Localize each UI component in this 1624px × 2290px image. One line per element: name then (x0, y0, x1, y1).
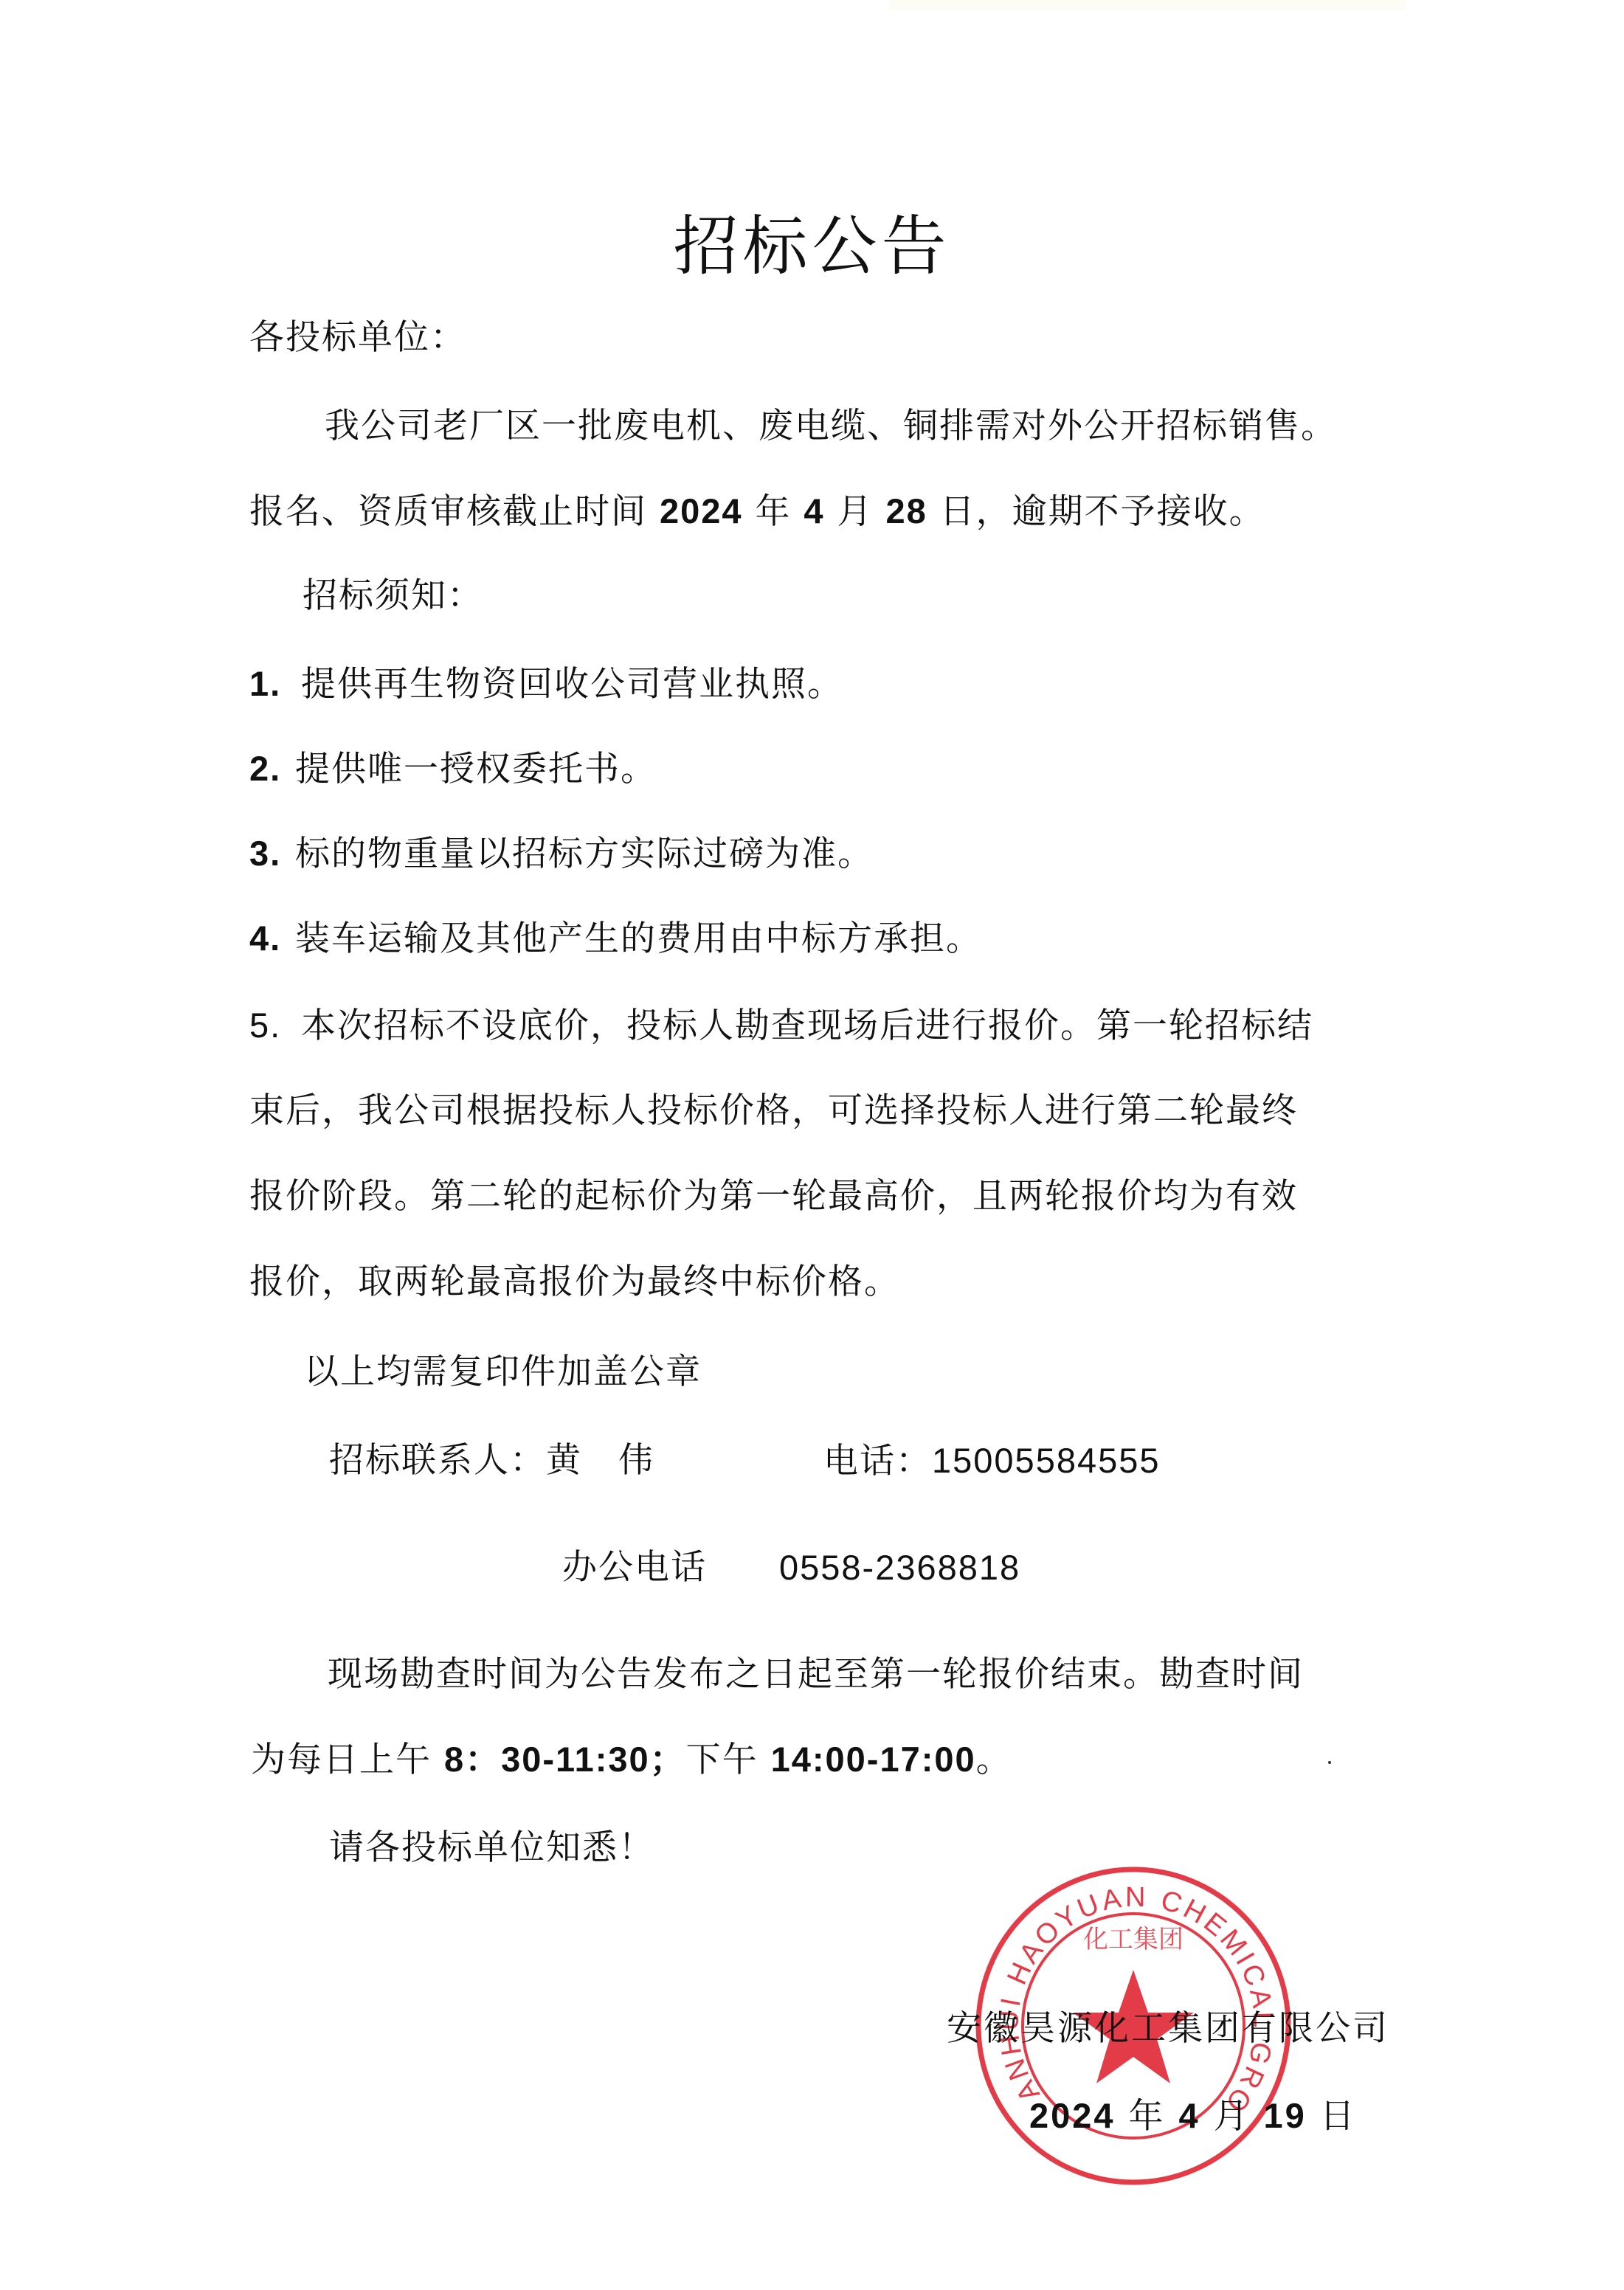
item-text: 提供唯一授权委托书。 (295, 749, 657, 789)
signature-date: 2024 年 4 月 19 日 (1029, 2094, 1357, 2139)
sign-day: 19 (1263, 2096, 1306, 2135)
signature-company: 安徽昊源化工集团有限公司 (947, 2007, 1389, 2051)
intro-line-2: 报名、资质审核截止时间 2024 年 4 月 28 日，逾期不予接收。 (249, 489, 1265, 534)
contact-phone: 电话：15005584555 (823, 1439, 1161, 1484)
salutation: 各投标单位： (249, 316, 466, 360)
notice-item-4: 4.装车运输及其他产生的费用由中标方承担。 (249, 916, 982, 961)
item-text: 本次招标不设底价，投标人勘查现场后进行报价。第一轮招标结 (301, 1006, 1313, 1046)
svg-text:化工集团: 化工集团 (1083, 1925, 1184, 1954)
notice-item-3: 3.标的物重量以招标方实际过磅为准。 (249, 831, 874, 876)
deadline-day: 28 (885, 491, 927, 530)
contact-person: 招标联系人：黄 伟 (329, 1439, 654, 1483)
afternoon-label: 下午 (686, 1740, 771, 1780)
item-number: 5. (249, 1003, 301, 1048)
closing-line: 请各投标单位知悉！ (329, 1826, 654, 1870)
phone-label: 电话： (823, 1441, 932, 1481)
notice-item-2: 2.提供唯一授权委托书。 (249, 747, 657, 792)
item-number: 4. (249, 916, 295, 961)
svg-text:ANHUI HAOYUAN CHEMICAL GROUP C: ANHUI HAOYUAN CHEMICAL GROUP CO.,LTD. (967, 1859, 1279, 2120)
site-visit-line-2: 为每日上午 8：30-11:30；下午 14:00-17:00。 (251, 1737, 1012, 1782)
notice-heading: 招标须知： (303, 574, 483, 618)
year-label: 年 (743, 491, 804, 532)
month-label: 月 (825, 491, 886, 532)
sign-year-label: 年 (1116, 2096, 1179, 2137)
notice-item-5-line-3: 报价阶段。第二轮的起标价为第一轮最高价，且两轮报价均为有效 (249, 1175, 1298, 1219)
sign-month: 4 (1178, 2096, 1200, 2135)
afternoon-hours: 14:00-17:00 (771, 1740, 976, 1779)
item-text: 提供再生物资回收公司营业执照。 (301, 664, 843, 705)
notice-item-1: 1.提供再生物资回收公司营业执照。 (249, 662, 843, 707)
notice-item-5-line-1: 5.本次招标不设底价，投标人勘查现场后进行报价。第一轮招标结 (249, 1003, 1313, 1048)
scan-speck (1328, 1761, 1331, 1764)
intro-deadline-prefix: 报名、资质审核截止时间 (249, 491, 660, 532)
site-visit-line-1: 现场勘查时间为公告发布之日起至第一轮报价结束。勘查时间 (328, 1653, 1304, 1697)
contact-label: 招标联系人： (329, 1440, 546, 1481)
notice-item-5-line-4: 报价，取两轮最高报价为最终中标价格。 (249, 1260, 900, 1304)
scan-edge-artifact (889, 0, 1406, 10)
office-phone: 0558-2368818 (779, 1546, 1020, 1591)
site-visit-prefix: 为每日上午 (251, 1740, 444, 1780)
page-title: 招标公告 (0, 210, 1624, 283)
sign-day-label: 日 (1307, 2096, 1357, 2137)
morning-hours: 8：30-11:30； (444, 1740, 686, 1779)
sign-year: 2024 (1029, 2096, 1116, 2135)
seal-note: 以上均需复印件加盖公章 (304, 1350, 702, 1394)
office-phone-label: 办公电话 (562, 1546, 707, 1590)
deadline-year: 2024 (660, 491, 743, 530)
office-phone-number: 0558-2368818 (779, 1548, 1020, 1587)
notice-item-5-line-2: 束后，我公司根据投标人投标价格，可选择投标人进行第二轮最终 (249, 1089, 1298, 1133)
item-number: 2. (249, 747, 295, 791)
sign-month-label: 月 (1200, 2096, 1264, 2137)
intro-deadline-suffix: 日，逾期不予接收。 (927, 491, 1265, 532)
item-number: 1. (249, 662, 301, 706)
deadline-month: 4 (804, 491, 824, 530)
contact-name: 黄 伟 (546, 1440, 654, 1481)
intro-line-1: 我公司老厂区一批废电机、废电缆、铜排需对外公开招标销售。 (325, 404, 1337, 449)
item-text: 装车运输及其他产生的费用由中标方承担。 (295, 919, 982, 959)
phone-number: 15005584555 (932, 1441, 1161, 1480)
site-visit-suffix: 。 (976, 1740, 1012, 1780)
item-number: 3. (249, 831, 295, 876)
item-text: 标的物重量以招标方实际过磅为准。 (295, 834, 874, 874)
